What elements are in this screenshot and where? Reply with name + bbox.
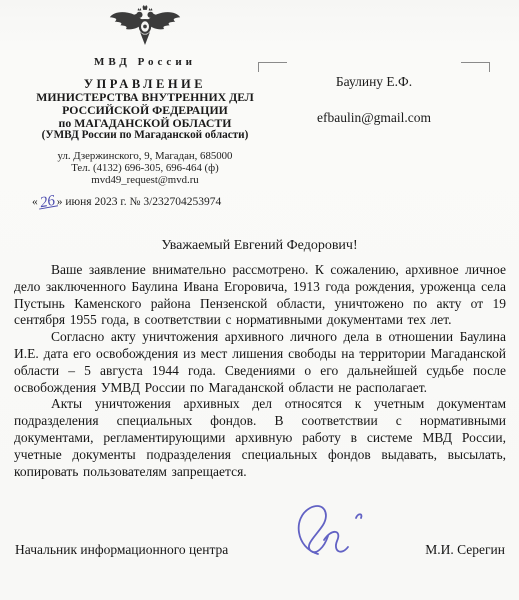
handwritten-day: 26 xyxy=(37,195,58,209)
signer-name: М.И. Серегин xyxy=(425,542,505,558)
recipient-email: efbaulin@gmail.com xyxy=(258,110,490,126)
recipient-block: Баулину Е.Ф. efbaulin@gmail.com xyxy=(258,58,490,138)
org-short-name: МВД России xyxy=(16,56,274,68)
date-and-number-line: «26» июня 2023 г. № 3/232704253974 xyxy=(32,196,292,208)
address-field-corner-left xyxy=(258,62,287,72)
signer-position: Начальник информационного центра xyxy=(15,542,228,558)
paragraph: Акты уничтожения архивных дел относятся … xyxy=(14,396,506,480)
paragraph: Ваше заявление внимательно рассмотрено. … xyxy=(14,262,506,329)
org-line: по МАГАДАНСКОЙ ОБЛАСТИ xyxy=(16,117,274,130)
letter-body: Ваше заявление внимательно рассмотрено. … xyxy=(14,262,506,480)
recipient-name: Баулину Е.Ф. xyxy=(258,74,490,90)
mvd-eagle-emblem-icon xyxy=(108,4,182,54)
org-address-block: ул. Дзержинского, 9, Магадан, 685000 Тел… xyxy=(16,151,274,186)
org-line: РОССИЙСКОЙ ФЕДЕРАЦИИ xyxy=(16,104,274,117)
address-field-corner-right xyxy=(461,62,490,72)
signature-row: Начальник информационного центра М.И. Се… xyxy=(0,538,519,568)
address-line: mvd49_request@mvd.ru xyxy=(16,175,274,187)
org-line: (УМВД России по Магаданской области) xyxy=(16,129,274,142)
org-line: МИНИСТЕРСТВА ВНУТРЕННИХ ДЕЛ xyxy=(16,91,274,104)
letterhead-block: МВД России УПРАВЛЕНИЕ МИНИСТЕРСТВА ВНУТР… xyxy=(16,4,274,187)
date-number-text: » июня 2023 г. № 3/232704253974 xyxy=(57,196,222,208)
scanned-letter-page: МВД России УПРАВЛЕНИЕ МИНИСТЕРСТВА ВНУТР… xyxy=(0,0,519,600)
salutation: Уважаемый Евгений Федорович! xyxy=(0,238,519,254)
paragraph: Согласно акту уничтожения архивного личн… xyxy=(14,329,506,396)
